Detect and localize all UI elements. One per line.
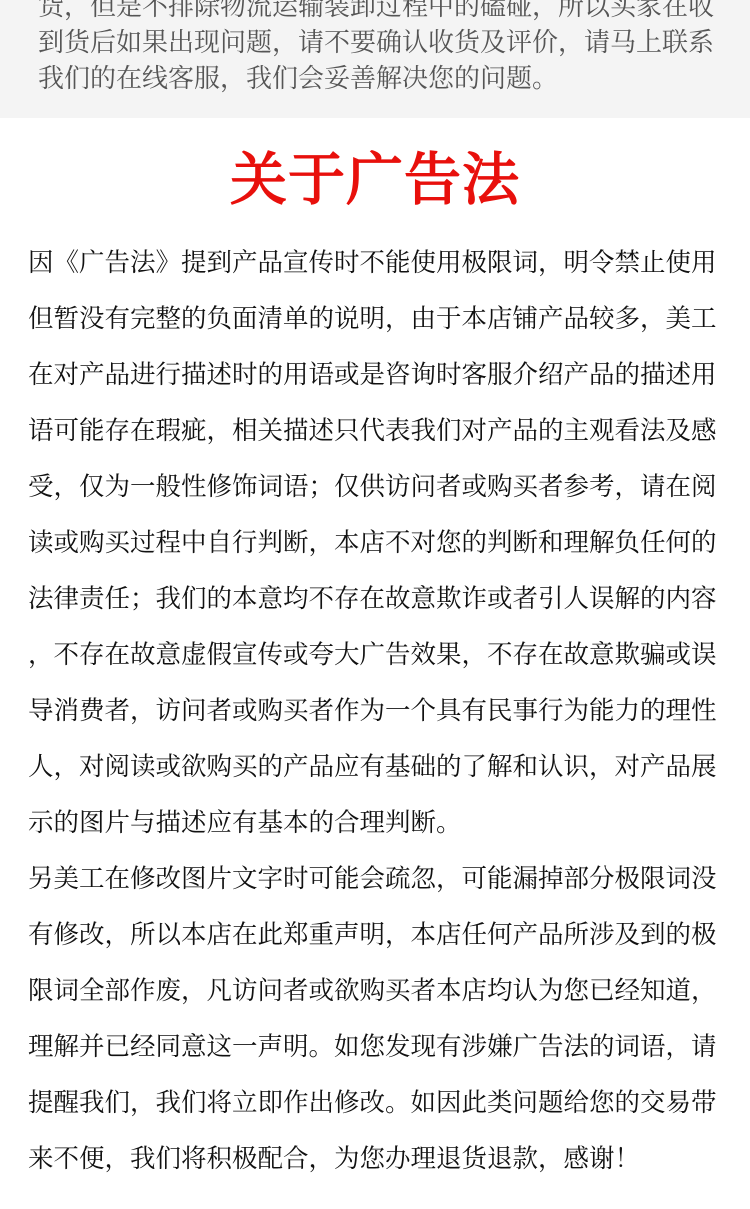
product-description-page: 货，但是不排除物流运输装卸过程中的磕碰，所以买家在收 到货后如果出现问题，请不要… <box>0 0 750 1209</box>
body-text-line: 因《广告法》提到产品宣传时不能使用极限词，明令禁止使用 <box>28 235 722 291</box>
section-title: 关于广告法 <box>0 150 750 210</box>
body-text-line: 但暂没有完整的负面清单的说明，由于本店铺产品较多，美工 <box>28 291 722 347</box>
body-text-line: 受，仅为一般性修饰词语；仅供访问者或购买者参考，请在阅 <box>28 459 722 515</box>
shipping-notice-section: 货，但是不排除物流运输装卸过程中的磕碰，所以买家在收 到货后如果出现问题，请不要… <box>0 0 750 118</box>
body-text-line: 另美工在修改图片文字时可能会疏忽，可能漏掉部分极限词没 <box>28 851 722 907</box>
body-text-line: 法律责任；我们的本意均不存在故意欺诈或者引人误解的内容 <box>28 571 722 627</box>
disclaimer-body: 因《广告法》提到产品宣传时不能使用极限词，明令禁止使用 但暂没有完整的负面清单的… <box>0 235 750 1187</box>
body-text-line: 提醒我们，我们将立即作出修改。如因此类问题给您的交易带 <box>28 1075 722 1131</box>
body-text-line: 来不便，我们将积极配合，为您办理退货退款，感谢！ <box>28 1131 722 1187</box>
body-text-line: 导消费者，访问者或购买者作为一个具有民事行为能力的理性 <box>28 683 722 739</box>
body-text-line: 有修改，所以本店在此郑重声明，本店任何产品所涉及到的极 <box>28 907 722 963</box>
notice-line: 我们的在线客服，我们会妥善解决您的问题。 <box>38 60 712 96</box>
body-text-line: 示的图片与描述应有基本的合理判断。 <box>28 795 722 851</box>
body-text-line: 在对产品进行描述时的用语或是咨询时客服介绍产品的描述用 <box>28 347 722 403</box>
body-text-line: 限词全部作废，凡访问者或欲购买者本店均认为您已经知道， <box>28 963 722 1019</box>
body-text-line: 读或购买过程中自行判断，本店不对您的判断和理解负任何的 <box>28 515 722 571</box>
body-text-line: 理解并已经同意这一声明。如您发现有涉嫌广告法的词语，请 <box>28 1019 722 1075</box>
notice-line: 货，但是不排除物流运输装卸过程中的磕碰，所以买家在收 <box>38 0 712 24</box>
body-text-line: ，不存在故意虚假宣传或夸大广告效果，不存在故意欺骗或误 <box>28 627 722 683</box>
body-text-line: 语可能存在瑕疵，相关描述只代表我们对产品的主观看法及感 <box>28 403 722 459</box>
notice-line: 到货后如果出现问题，请不要确认收货及评价，请马上联系 <box>38 24 712 60</box>
body-text-line: 人，对阅读或欲购买的产品应有基础的了解和认识，对产品展 <box>28 739 722 795</box>
ad-law-section: 关于广告法 因《广告法》提到产品宣传时不能使用极限词，明令禁止使用 但暂没有完整… <box>0 150 750 1187</box>
